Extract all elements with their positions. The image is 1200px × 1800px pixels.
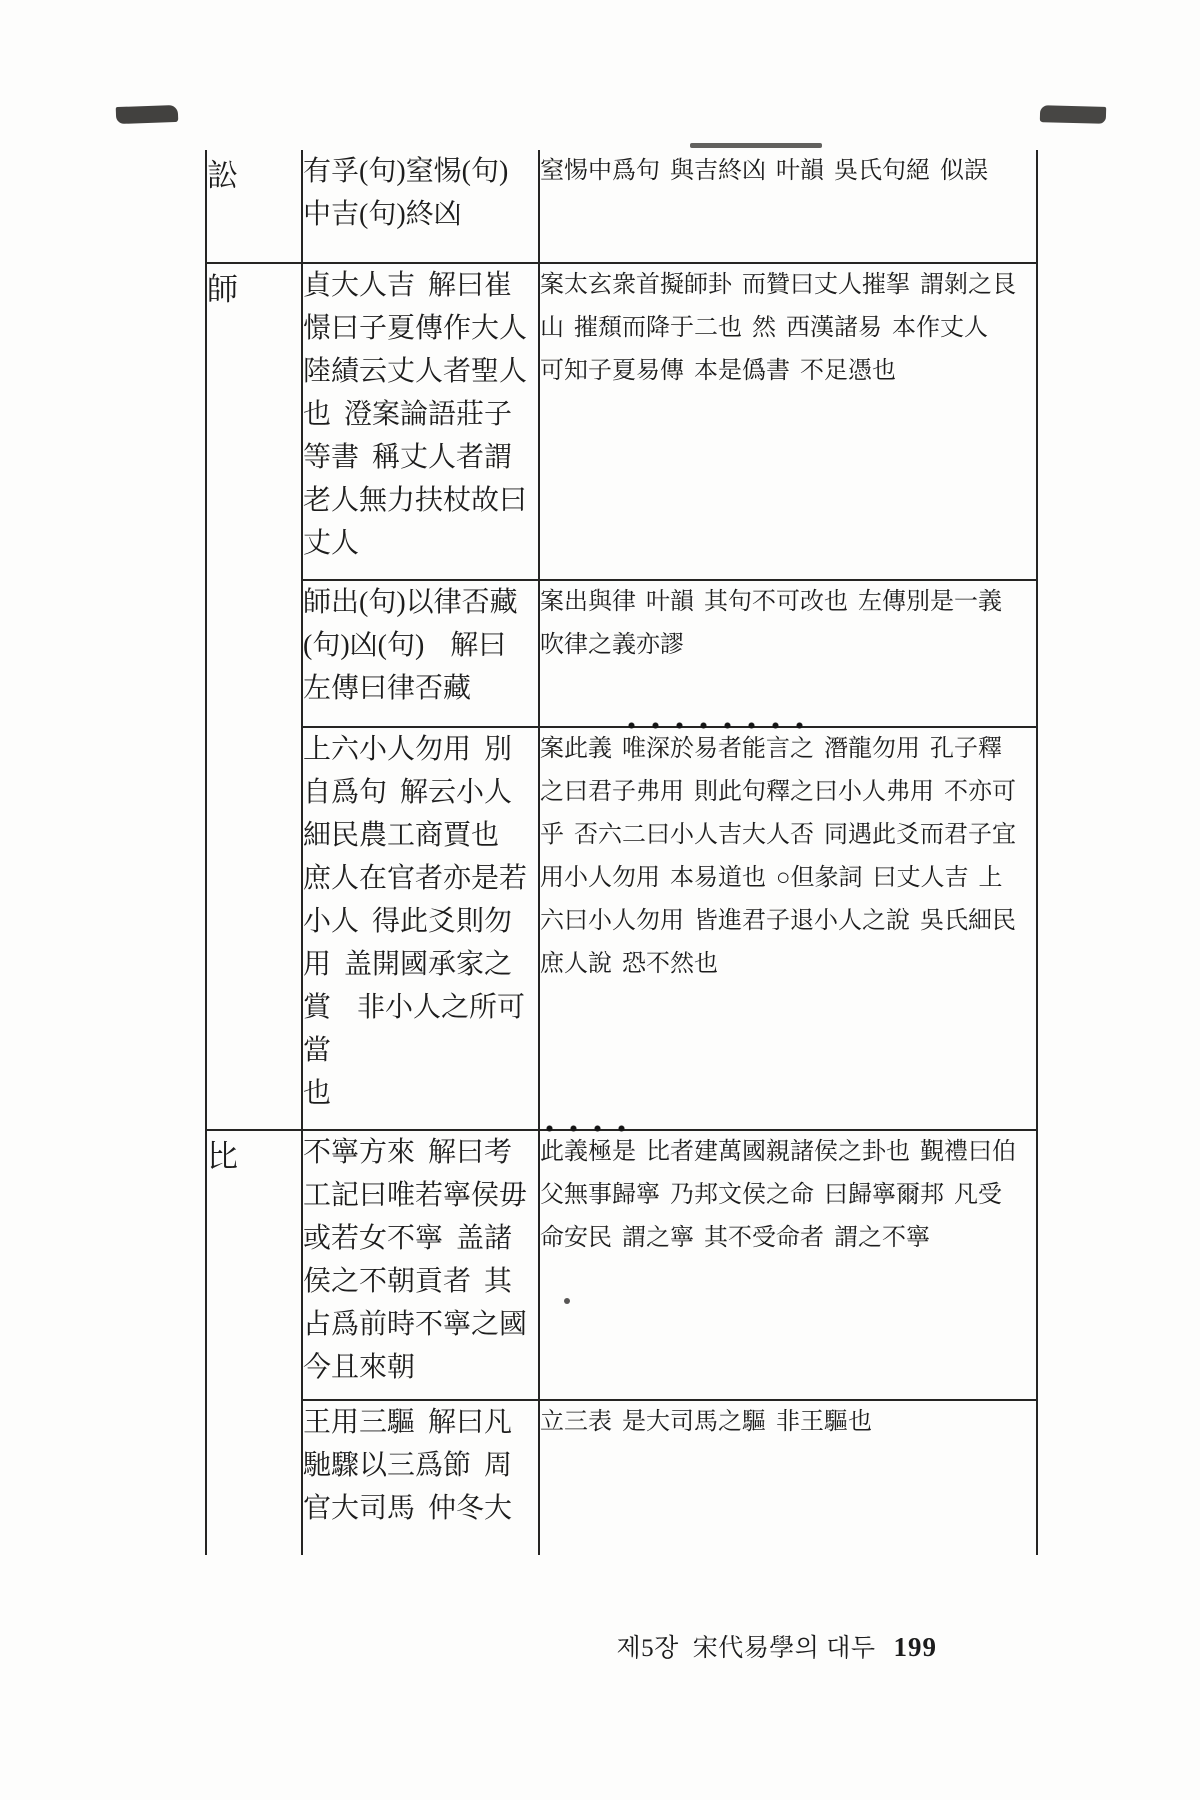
quote-cell: 王用三驅 解曰凡馳驟以三爲節 周官大司馬 仲冬大 (302, 1400, 539, 1555)
commentary-cell: 案太玄衆首擬師卦 而贊曰丈人摧挐 謂剝之艮山 摧頹而降于二也 然 西漢諸易 本作… (539, 263, 1037, 580)
quote-line: (句)凶(句) 解曰 (303, 624, 538, 667)
quote-line: 用 盖開國承家之 (303, 943, 538, 986)
commentary-line: 用小人勿用 本易道也 ○但彖詞 曰丈人吉 上 (540, 857, 1036, 900)
quote-line: 有孚(句)窒惕(句) (303, 150, 538, 193)
quote-line: 丈人 (303, 522, 538, 565)
commentary-line: 父無事歸寧 乃邦文侯之命 曰歸寧爾邦 凡受 (540, 1174, 1036, 1217)
hexagram-commentary-table: 訟有孚(句)窒惕(句)中吉(句)終凶窒惕中爲句 與吉終凶 叶韻 吳氏句絕 似誤師… (205, 150, 1038, 1555)
quote-line: 憬曰子夏傳作大人 (303, 307, 538, 350)
commentary-cell: 立三表 是大司馬之驅 非王驅也 (539, 1400, 1037, 1555)
commentary-text: 命安民 謂之寧 其不受命者 謂之不寧 (540, 1225, 930, 1251)
quote-line: 不寧方來 解曰考 (303, 1131, 538, 1174)
punctuation-table-body: 訟有孚(句)窒惕(句)中吉(句)終凶窒惕中爲句 與吉終凶 叶韻 吳氏句絕 似誤師… (206, 150, 1037, 1555)
commentary-line: 六曰小人勿用 皆進君子退小人之說 吳氏細民 (540, 900, 1036, 943)
commentary-cell: 此義極是 比者建萬國親諸侯之卦也 覲禮曰伯父無事歸寧 乃邦文侯之命 曰歸寧爾邦 … (539, 1130, 1037, 1400)
hexagram-cell: 訟 (206, 150, 302, 263)
quote-line: 中吉(句)終凶 (303, 193, 538, 236)
hexagram-cell: 師 (206, 263, 302, 1130)
scan-artifact (1040, 105, 1106, 124)
commentary-text: 吹律之義亦謬 (540, 632, 684, 658)
commentary-text: 之曰君子弗用 則此句釋之曰小人弗用 不亦可 (540, 779, 1016, 805)
commentary-line: 乎 否六二曰小人吉大人否 同遇此爻而君子宜 (540, 814, 1036, 857)
commentary-text: 可知子夏易傳 本是僞書 不足憑也 (540, 358, 896, 384)
quote-cell: 上六小人勿用 別自爲句 解云小人細民農工商賈也庶人在官者亦是若小人 得此爻則勿用… (302, 727, 539, 1130)
scan-artifact (116, 105, 179, 124)
commentary-line: 案此義 唯深於易者能言之 潛龍勿用 孔子釋 (540, 728, 1036, 771)
emphasis-dots-text: 唯深於易者能言之 (622, 728, 814, 771)
quote-line: 小人 得此爻則勿 (303, 900, 538, 943)
quote-line: 占爲前時不寧之國 (303, 1303, 538, 1346)
commentary-line: 之曰君子弗用 則此句釋之曰小人弗用 不亦可 (540, 771, 1036, 814)
quote-line: 左傳曰律否藏 (303, 667, 538, 710)
commentary-text: 用小人勿用 本易道也 ○但彖詞 曰丈人吉 上 (540, 865, 1003, 891)
quote-cell: 不寧方來 解曰考工記曰唯若寧侯毋或若女不寧 盖諸侯之不朝貢者 其占爲前時不寧之國… (302, 1130, 539, 1400)
quote-cell: 貞大人吉 解曰崔憬曰子夏傳作大人陸績云丈人者聖人也 澄案論語莊子等書 稱丈人者謂… (302, 263, 539, 580)
quote-line: 當 (303, 1029, 538, 1072)
quote-line: 工記曰唯若寧侯毋 (303, 1174, 538, 1217)
quote-line: 細民農工商賈也 (303, 814, 538, 857)
table-row: 王用三驅 解曰凡馳驟以三爲節 周官大司馬 仲冬大立三表 是大司馬之驅 非王驅也 (206, 1400, 1037, 1555)
quote-line: 自爲句 解云小人 (303, 771, 538, 814)
quote-line: 上六小人勿用 別 (303, 728, 538, 771)
scanned-book-page: 訟有孚(句)窒惕(句)中吉(句)終凶窒惕中爲句 與吉終凶 叶韻 吳氏句絕 似誤師… (0, 0, 1200, 1800)
page-footer: 제5장宋代易學의 대두199 (616, 1628, 937, 1664)
commentary-cell: 窒惕中爲句 與吉終凶 叶韻 吳氏句絕 似誤 (539, 150, 1037, 263)
hexagram-cell: 比 (206, 1130, 302, 1555)
quote-line: 或若女不寧 盖諸 (303, 1217, 538, 1260)
quote-line: 官大司馬 仲冬大 (303, 1487, 538, 1530)
quote-cell: 有孚(句)窒惕(句)中吉(句)終凶 (302, 150, 539, 263)
table-row: 比不寧方來 解曰考工記曰唯若寧侯毋或若女不寧 盖諸侯之不朝貢者 其占爲前時不寧之… (206, 1130, 1037, 1400)
commentary-cell: 案出與律 叶韻 其句不可改也 左傳別是一義吹律之義亦謬 (539, 580, 1037, 727)
table-row: 師出(句)以律否藏(句)凶(句) 解曰左傳曰律否藏案出與律 叶韻 其句不可改也 … (206, 580, 1037, 727)
commentary-text: 六曰小人勿用 皆進君子退小人之說 吳氏細民 (540, 908, 1016, 934)
quote-line: 侯之不朝貢者 其 (303, 1260, 538, 1303)
commentary-cell: 案此義 唯深於易者能言之 潛龍勿用 孔子釋之曰君子弗用 則此句釋之曰小人弗用 不… (539, 727, 1037, 1130)
quote-line: 王用三驅 解曰凡 (303, 1401, 538, 1444)
commentary-line: 案出與律 叶韻 其句不可改也 左傳別是一義 (540, 581, 1036, 624)
commentary-line: 山 摧頹而降于二也 然 西漢諸易 本作丈人 (540, 307, 1036, 350)
table-row: 師貞大人吉 解曰崔憬曰子夏傳作大人陸績云丈人者聖人也 澄案論語莊子等書 稱丈人者… (206, 263, 1037, 580)
commentary-line: 立三表 是大司馬之驅 非王驅也 (540, 1401, 1036, 1444)
commentary-text: 案太玄衆首擬師卦 而贊曰丈人摧挐 謂剝之艮 (540, 272, 1016, 298)
quote-line: 賞 非小人之所可 (303, 986, 538, 1029)
commentary-text: 乎 否六二曰小人吉大人否 同遇此爻而君子宜 (540, 822, 1016, 848)
commentary-text: 窒惕中爲句 與吉終凶 叶韻 吳氏句絕 似誤 (540, 158, 988, 184)
scan-artifact (690, 143, 822, 148)
commentary-line: 命安民 謂之寧 其不受命者 謂之不寧 (540, 1217, 1036, 1260)
quote-cell: 師出(句)以律否藏(句)凶(句) 解曰左傳曰律否藏 (302, 580, 539, 727)
commentary-line: 吹律之義亦謬 (540, 624, 1036, 667)
emphasis-dots-text: 此義極是 (540, 1131, 636, 1174)
quote-line: 今且來朝 (303, 1346, 538, 1389)
quote-line: 等書 稱丈人者謂 (303, 436, 538, 479)
commentary-line: 此義極是 比者建萬國親諸侯之卦也 覲禮曰伯 (540, 1131, 1036, 1174)
commentary-text: 案出與律 叶韻 其句不可改也 左傳別是一義 (540, 589, 1002, 615)
quote-line: 也 (303, 1072, 538, 1115)
commentary-text: 立三表 是大司馬之驅 非王驅也 (540, 1409, 872, 1435)
commentary-line: 可知子夏易傳 本是僞書 不足憑也 (540, 350, 1036, 393)
quote-line: 馳驟以三爲節 周 (303, 1444, 538, 1487)
quote-line: 庶人在官者亦是若 (303, 857, 538, 900)
commentary-line: 案太玄衆首擬師卦 而贊曰丈人摧挐 謂剝之艮 (540, 264, 1036, 307)
quote-line: 陸績云丈人者聖人 (303, 350, 538, 393)
book-title: 宋代易學의 대두 (693, 1635, 876, 1662)
chapter-label: 제5장 (616, 1635, 678, 1662)
quote-line: 貞大人吉 解曰崔 (303, 264, 538, 307)
commentary-line: 庶人說 恐不然也 (540, 943, 1036, 986)
commentary-text: 山 摧頹而降于二也 然 西漢諸易 本作丈人 (540, 315, 988, 341)
table-row: 上六小人勿用 別自爲句 解云小人細民農工商賈也庶人在官者亦是若小人 得此爻則勿用… (206, 727, 1037, 1130)
commentary-line: 窒惕中爲句 與吉終凶 叶韻 吳氏句絕 似誤 (540, 150, 1036, 193)
table-row: 訟有孚(句)窒惕(句)中吉(句)終凶窒惕中爲句 與吉終凶 叶韻 吳氏句絕 似誤 (206, 150, 1037, 263)
commentary-text: 案此義 (540, 736, 622, 762)
quote-line: 也 澄案論語莊子 (303, 393, 538, 436)
commentary-text: 比者建萬國親諸侯之卦也 覲禮曰伯 (636, 1139, 1016, 1165)
quote-line: 師出(句)以律否藏 (303, 581, 538, 624)
quote-line: 老人無力扶杖故曰 (303, 479, 538, 522)
page-number: 199 (894, 1632, 938, 1662)
commentary-text: 庶人說 恐不然也 (540, 951, 718, 977)
commentary-text: 父無事歸寧 乃邦文侯之命 曰歸寧爾邦 凡受 (540, 1182, 1002, 1208)
commentary-text: 潛龍勿用 孔子釋 (814, 736, 1002, 762)
